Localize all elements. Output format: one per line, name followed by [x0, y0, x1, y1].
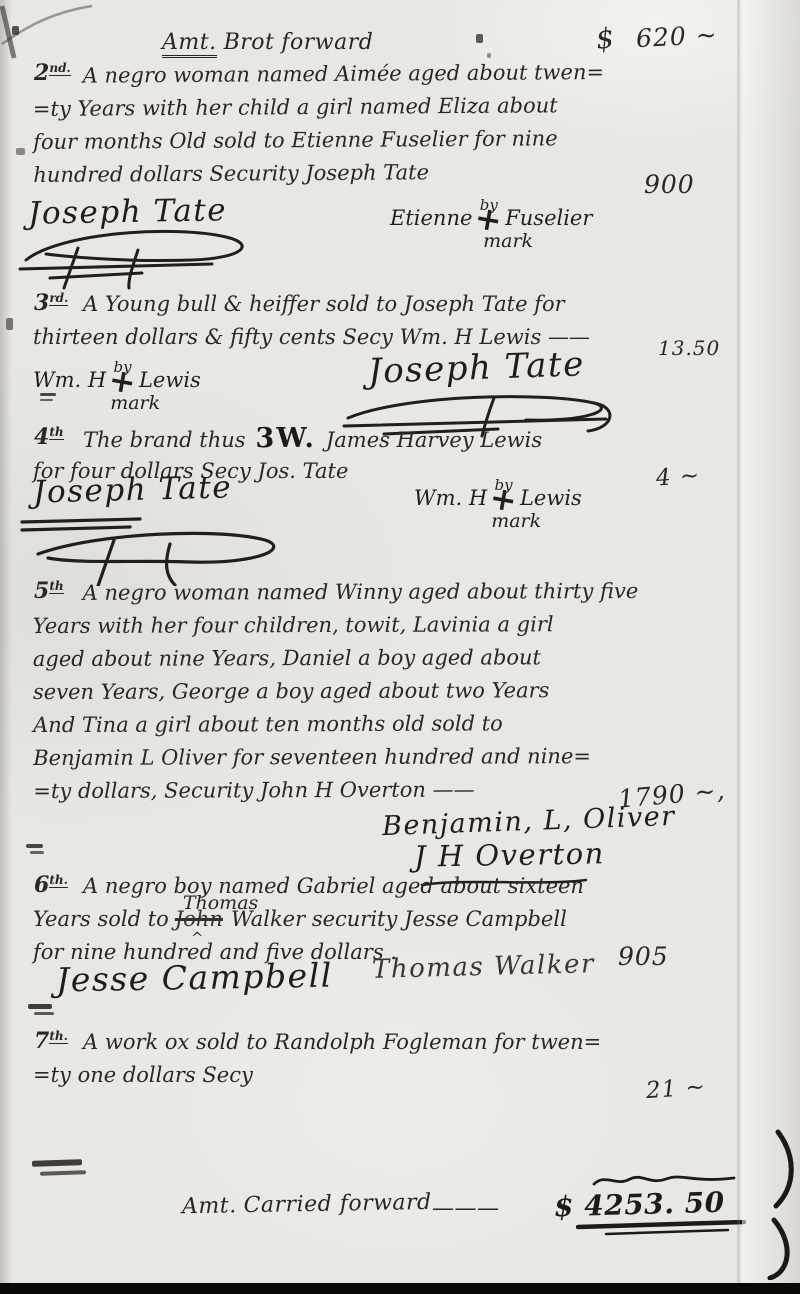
amount-abbrev: Amt.: [162, 30, 217, 58]
entry-6-amount: 905: [618, 942, 669, 971]
entry-6-line-2: Years sold toJohnThomas^Walker security …: [33, 903, 584, 936]
entry-5-line-1: A negro woman named Winny aged about thi…: [33, 575, 639, 610]
signature-joseph-tate-1: Joseph Tate: [28, 192, 228, 231]
signer-last-name: Fuselier: [505, 206, 592, 230]
entry-2-line-4: hundred dollars Security Joseph Tate: [33, 155, 605, 192]
brand-mark-3w: 3W.: [256, 423, 316, 454]
entry-2-line-1: A negro woman named Aimée aged about twe…: [33, 56, 605, 93]
ink-speck: [16, 148, 25, 155]
double-dash-mark: [32, 1159, 82, 1167]
carried-forward-line: Amt.Carried forward: [182, 1190, 439, 1219]
equals-mark: [30, 851, 44, 854]
right-page-edge-shading: [742, 0, 800, 1283]
ink-speck: [12, 26, 19, 35]
brought-forward-amount: 620 ~: [635, 20, 718, 53]
entry-7-text: A work ox sold to Randolph Fogleman for …: [33, 1026, 601, 1092]
entry-5-line-3: aged about nine Years, Daniel a boy aged…: [33, 641, 639, 676]
entry-5-line-5: And Tina a girl about ten months old sol…: [33, 707, 639, 742]
entry-4-line-1: The brand thus3W.James Harvey Lewis: [33, 422, 542, 455]
double-dash-mark: [40, 1170, 86, 1176]
brought-abbrev: Brot: [224, 30, 275, 55]
amount-abbrev: Amt.: [182, 1193, 237, 1219]
signature-wm-h-lewis-2: Wm. H by + Lewis mark: [414, 470, 582, 510]
mark-label: mark: [491, 510, 541, 532]
entry-7-line-2: =ty one dollars Secy: [33, 1059, 601, 1092]
entry-2-text: A negro woman named Aimée aged about twe…: [33, 56, 605, 192]
cross-mark-icon: +: [488, 486, 518, 512]
signer-last-name: Lewis: [139, 368, 201, 392]
scan-bottom-bar: [0, 1283, 800, 1294]
entry-3-amount: 13.50: [658, 336, 720, 360]
ink-speck: [487, 53, 491, 58]
signature-thomas-walker: Thomas Walker: [372, 949, 596, 985]
entry-5-text: A negro woman named Winny aged about thi…: [33, 575, 639, 808]
tate-signature-flourish-3: [18, 514, 313, 586]
signature-jesse-campbell: Jesse Campbell: [56, 956, 333, 1000]
entry-2-line-3: four months Old sold to Etienne Fuselier…: [33, 122, 605, 159]
equals-mark: [26, 844, 43, 848]
signature-j-h-overton: J H Overton: [414, 836, 605, 873]
cross-mark-icon: +: [474, 206, 504, 232]
left-page-edge-shading: [0, 0, 12, 1283]
signature-joseph-tate-3: Joseph Tate: [33, 469, 233, 510]
entry-5-line-2: Years with her four children, towit, Lav…: [33, 608, 639, 643]
tate-signature-flourish-1: [16, 228, 276, 290]
entry-4-amount: 4 ~: [655, 462, 701, 491]
ink-speck: [476, 34, 483, 43]
carried-forward-total: $ 4253. 50: [554, 1186, 725, 1223]
signer-last-name: Lewis: [520, 486, 582, 510]
mark-label: mark: [483, 230, 533, 252]
signature-etienne-fuselier: Etienne by + Fuselier mark: [390, 190, 592, 230]
equals-mark: [34, 1012, 54, 1015]
entry-3-line-1: A Young bull & heiffer sold to Joseph Ta…: [33, 288, 590, 321]
cross-mark-icon: +: [107, 368, 137, 394]
equals-mark: [28, 1004, 52, 1009]
entry-5-line-4: seven Years, George a boy aged about two…: [33, 674, 639, 709]
entry-2-line-2: =ty Years with her child a girl named El…: [33, 89, 605, 126]
ink-speck: [6, 318, 13, 330]
document-page: Amt.Brotforward $ 620 ~ 2nd. A negro wom…: [0, 0, 800, 1294]
total-underline: [576, 1220, 746, 1238]
signer-first-name: Wm. H: [414, 486, 487, 510]
caret-mark: ^: [191, 922, 204, 955]
entry-5-line-6: Benjamin L Oliver for seventeen hundred …: [33, 740, 639, 775]
vertical-fold-line: [737, 0, 740, 1283]
footer-dash: ———: [432, 1196, 500, 1221]
entry-6-line-1: A negro boy named Gabriel aged about six…: [33, 870, 584, 903]
entry-3-text: A Young bull & heiffer sold to Joseph Ta…: [33, 288, 590, 354]
signature-benjamin-l-oliver: Benjamin, L, Oliver: [382, 801, 677, 842]
brought-forward-line: Amt.Brotforward: [162, 30, 380, 55]
signer-first-name: Wm. H: [33, 368, 106, 392]
carried-forward-words: Carried forward: [243, 1190, 431, 1218]
mark-label: mark: [110, 392, 160, 414]
signature-wm-h-lewis-1: Wm. H by + Lewis mark: [33, 352, 201, 392]
forward-word: forward: [281, 30, 373, 55]
signature-joseph-tate-2: Joseph Tate: [367, 344, 585, 392]
entry-5-line-7: =ty dollars, Security John H Overton ——: [33, 773, 639, 808]
inserted-word: Thomas: [183, 887, 258, 920]
equals-mark: [40, 399, 53, 401]
signer-first-name: Etienne: [390, 206, 472, 230]
equals-mark: [40, 393, 56, 396]
entry-2-amount: 900: [644, 170, 695, 199]
entry-7-line-1: A work ox sold to Randolph Fogleman for …: [33, 1026, 601, 1059]
corrected-word: JohnThomas^: [175, 903, 223, 936]
entry-7-amount: 21 ~: [645, 1074, 707, 1104]
dollar-sign: $: [594, 21, 616, 56]
